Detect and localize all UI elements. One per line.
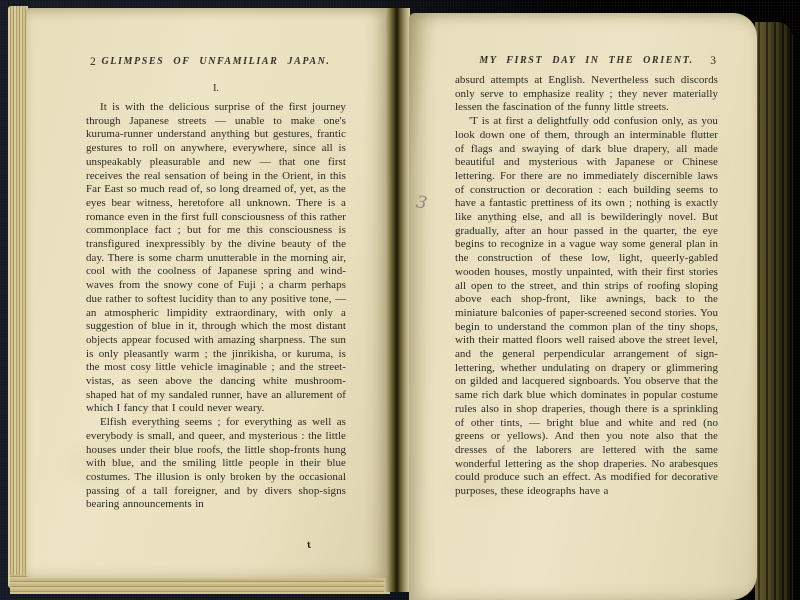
left-paragraph-2: Elfish everything seems ; for everything… [86, 416, 346, 512]
left-page-text-block: 2 GLIMPSES OF UNFAMILIAR JAPAN. I. It is… [86, 56, 346, 512]
left-paragraph-1: It is with the delicious surprise of the… [86, 101, 346, 416]
book-gutter [384, 8, 410, 592]
pencil-annotation: 3 [414, 192, 428, 214]
right-paragraph-2: 'T is at first a delightfully odd confus… [455, 115, 718, 499]
left-running-head: GLIMPSES OF UNFAMILIAR JAPAN. [86, 56, 346, 67]
left-page-edge-stack [8, 6, 28, 588]
open-book-photo: 2 GLIMPSES OF UNFAMILIAR JAPAN. I. It is… [0, 0, 800, 600]
ink-mark: t [306, 539, 311, 551]
left-page: 2 GLIMPSES OF UNFAMILIAR JAPAN. I. It is… [26, 8, 386, 578]
right-running-head: MY FIRST DAY IN THE ORIENT. [455, 55, 718, 66]
section-number: I. [86, 83, 346, 94]
left-page-number: 2 [90, 56, 96, 68]
right-page: MY FIRST DAY IN THE ORIENT. 3 absurd att… [409, 13, 757, 600]
right-paragraph-1: absurd attempts at English. Nevertheless… [455, 74, 718, 115]
right-page-header: MY FIRST DAY IN THE ORIENT. 3 [455, 55, 718, 70]
right-fore-edge-stack [755, 22, 793, 600]
left-page-header: 2 GLIMPSES OF UNFAMILIAR JAPAN. [86, 56, 346, 71]
right-page-text-block: MY FIRST DAY IN THE ORIENT. 3 absurd att… [455, 55, 718, 499]
right-page-number: 3 [710, 55, 716, 67]
